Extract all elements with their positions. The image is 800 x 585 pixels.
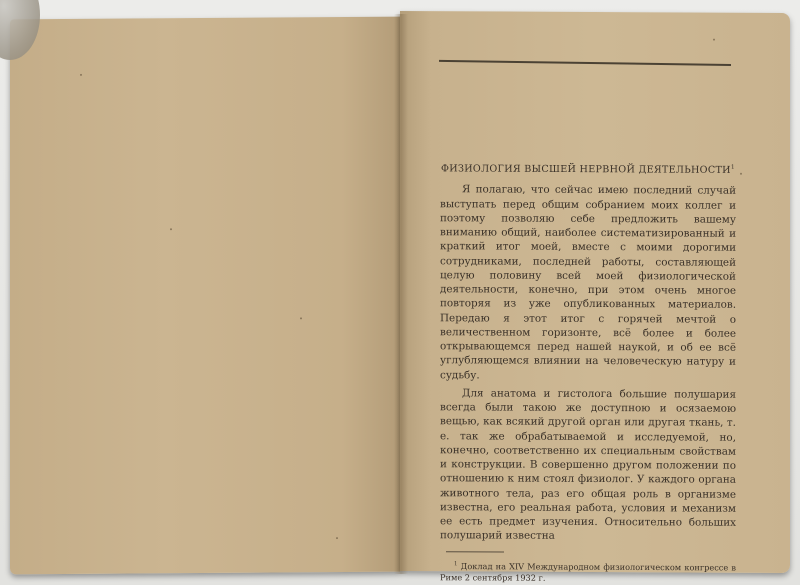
paper-speck xyxy=(300,317,302,319)
paper-speck xyxy=(80,74,82,76)
page-text: ФИЗИОЛОГИЯ ВЫСШЕЙ НЕРВНОЙ ДЕЯТЕЛЬНОСТИ1 … xyxy=(440,159,736,585)
header-rule xyxy=(439,60,731,66)
chapter-title: ФИЗИОЛОГИЯ ВЫСШЕЙ НЕРВНОЙ ДЕЯТЕЛЬНОСТИ1 xyxy=(440,159,736,178)
footnote: 1 Доклад на XIV Международном физиологич… xyxy=(440,558,736,585)
right-page: ФИЗИОЛОГИЯ ВЫСШЕЙ НЕРВНОЙ ДЕЯТЕЛЬНОСТИ1 … xyxy=(400,11,790,573)
paragraph-2: Для анатома и гистолога большие полушари… xyxy=(440,386,736,544)
footnote-text: Доклад на XIV Международном физиологичес… xyxy=(440,561,736,583)
paper-speck xyxy=(713,39,715,41)
paragraph-1: Я полагаю, что сейчас имею последний слу… xyxy=(440,183,736,384)
paper-speck xyxy=(336,537,338,539)
book-gutter xyxy=(394,14,408,574)
left-page xyxy=(10,17,400,575)
footnote-number: 1 xyxy=(454,561,458,567)
chapter-title-text: ФИЗИОЛОГИЯ ВЫСШЕЙ НЕРВНОЙ ДЕЯТЕЛЬНОСТИ xyxy=(441,163,731,176)
footnote-mark: 1 xyxy=(731,164,735,171)
footnote-rule xyxy=(446,551,504,552)
paper-speck xyxy=(170,228,172,230)
paper-speck xyxy=(740,173,742,175)
